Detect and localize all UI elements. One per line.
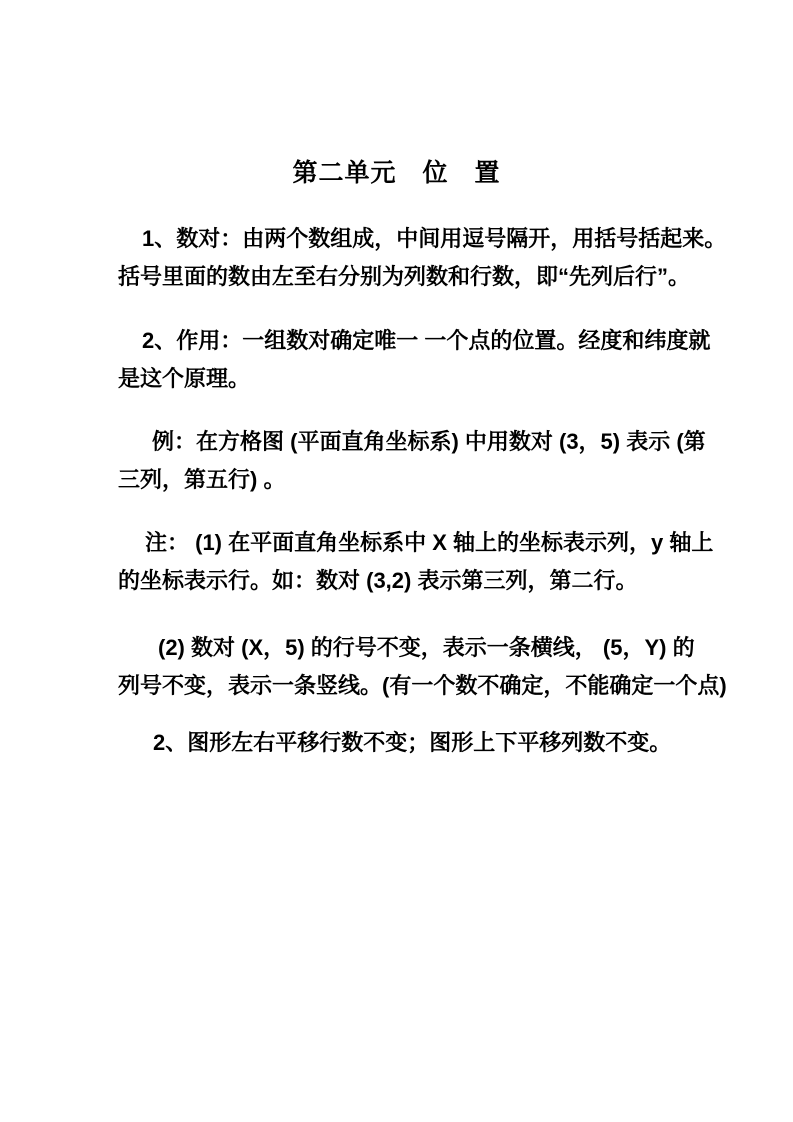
document-page: 第二单元 位 置 1、数对：由两个数组成，中间用逗号隔开，用括号括起来。 括号里…: [0, 0, 793, 1122]
paragraph-line: 是这个原理。: [118, 360, 675, 398]
document-content: 第二单元 位 置 1、数对：由两个数组成，中间用逗号隔开，用括号括起来。 括号里…: [0, 0, 793, 762]
paragraph-line: 列号不变，表示一条竖线。(有一个数不确定，不能确定一个点): [118, 667, 675, 705]
paragraph-line: 1、数对：由两个数组成，中间用逗号隔开，用括号括起来。: [118, 220, 675, 258]
paragraph-note-1: 注： (1) 在平面直角坐标系中 X 轴上的坐标表示列，y 轴上 的坐标表示行。…: [118, 524, 675, 600]
paragraph-line: 三列，第五行) 。: [118, 461, 675, 499]
paragraph-zuoyong: 2、作用：一组数对确定唯一 一个点的位置。经度和纬度就 是这个原理。: [118, 322, 675, 398]
paragraph-line: 的坐标表示行。如：数对 (3,2) 表示第三列，第二行。: [118, 562, 675, 600]
paragraph-note-2: (2) 数对 (X，5) 的行号不变，表示一条横线， (5，Y) 的 列号不变，…: [118, 629, 675, 705]
paragraph-line: 括号里面的数由左至右分别为列数和行数，即“先列后行”。: [118, 258, 675, 296]
paragraph-line: 注： (1) 在平面直角坐标系中 X 轴上的坐标表示列，y 轴上: [118, 524, 675, 562]
document-title: 第二单元 位 置: [118, 158, 675, 188]
paragraph-translation-rule: 2、图形左右平移行数不变；图形上下平移列数不变。: [118, 724, 675, 762]
paragraph-line: 2、图形左右平移行数不变；图形上下平移列数不变。: [118, 724, 675, 762]
paragraph-shuduicomposition: 1、数对：由两个数组成，中间用逗号隔开，用括号括起来。 括号里面的数由左至右分别…: [118, 220, 675, 296]
paragraph-line: (2) 数对 (X，5) 的行号不变，表示一条横线， (5，Y) 的: [118, 629, 675, 667]
paragraph-example: 例：在方格图 (平面直角坐标系) 中用数对 (3，5) 表示 (第 三列，第五行…: [118, 423, 675, 499]
paragraph-line: 例：在方格图 (平面直角坐标系) 中用数对 (3，5) 表示 (第: [118, 423, 675, 461]
paragraph-line: 2、作用：一组数对确定唯一 一个点的位置。经度和纬度就: [118, 322, 675, 360]
